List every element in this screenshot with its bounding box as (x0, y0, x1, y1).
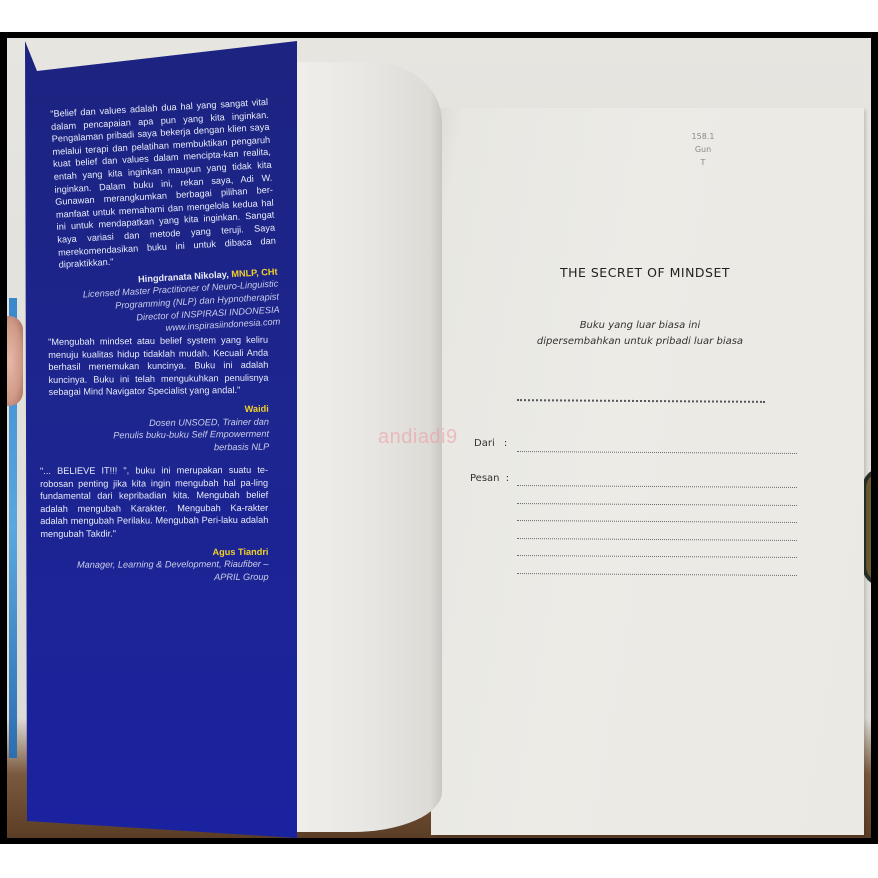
dedication-subtitle: Buku yang luar biasa ini dipersembahkan … (510, 318, 770, 350)
book-title: THE SECRET OF MINDSET (540, 265, 750, 280)
author-role: Manager, Learning & Development, Riaufib… (40, 558, 268, 572)
library-call-number: 158.1 Gun T (688, 130, 718, 169)
author-role: APRIL Group (41, 571, 269, 585)
testimonial-1: "Belief dan values adalah dua hal yang s… (50, 96, 281, 340)
hand-thumb (7, 316, 23, 406)
testimonial-2: "Mengubah mindset atau belief system yan… (48, 334, 269, 456)
from-label: Dari : (474, 438, 507, 449)
author-role: berbasis NLP (49, 440, 269, 455)
dedication-page (431, 108, 864, 835)
watermark: andiadi9 (378, 426, 458, 449)
testimonial-quote: "Belief dan values adalah dua hal yang s… (50, 96, 277, 272)
testimonial-quote: "Mengubah mindset atau belief system yan… (48, 334, 269, 399)
testimonial-quote: "... BELIEVE IT!!! ", buku ini merupakan… (40, 464, 268, 541)
testimonial-3: "... BELIEVE IT!!! ", buku ini merupakan… (40, 464, 269, 585)
testimonial-author: Agus Tiandri (40, 545, 268, 559)
message-label: Pesan : (470, 473, 509, 484)
